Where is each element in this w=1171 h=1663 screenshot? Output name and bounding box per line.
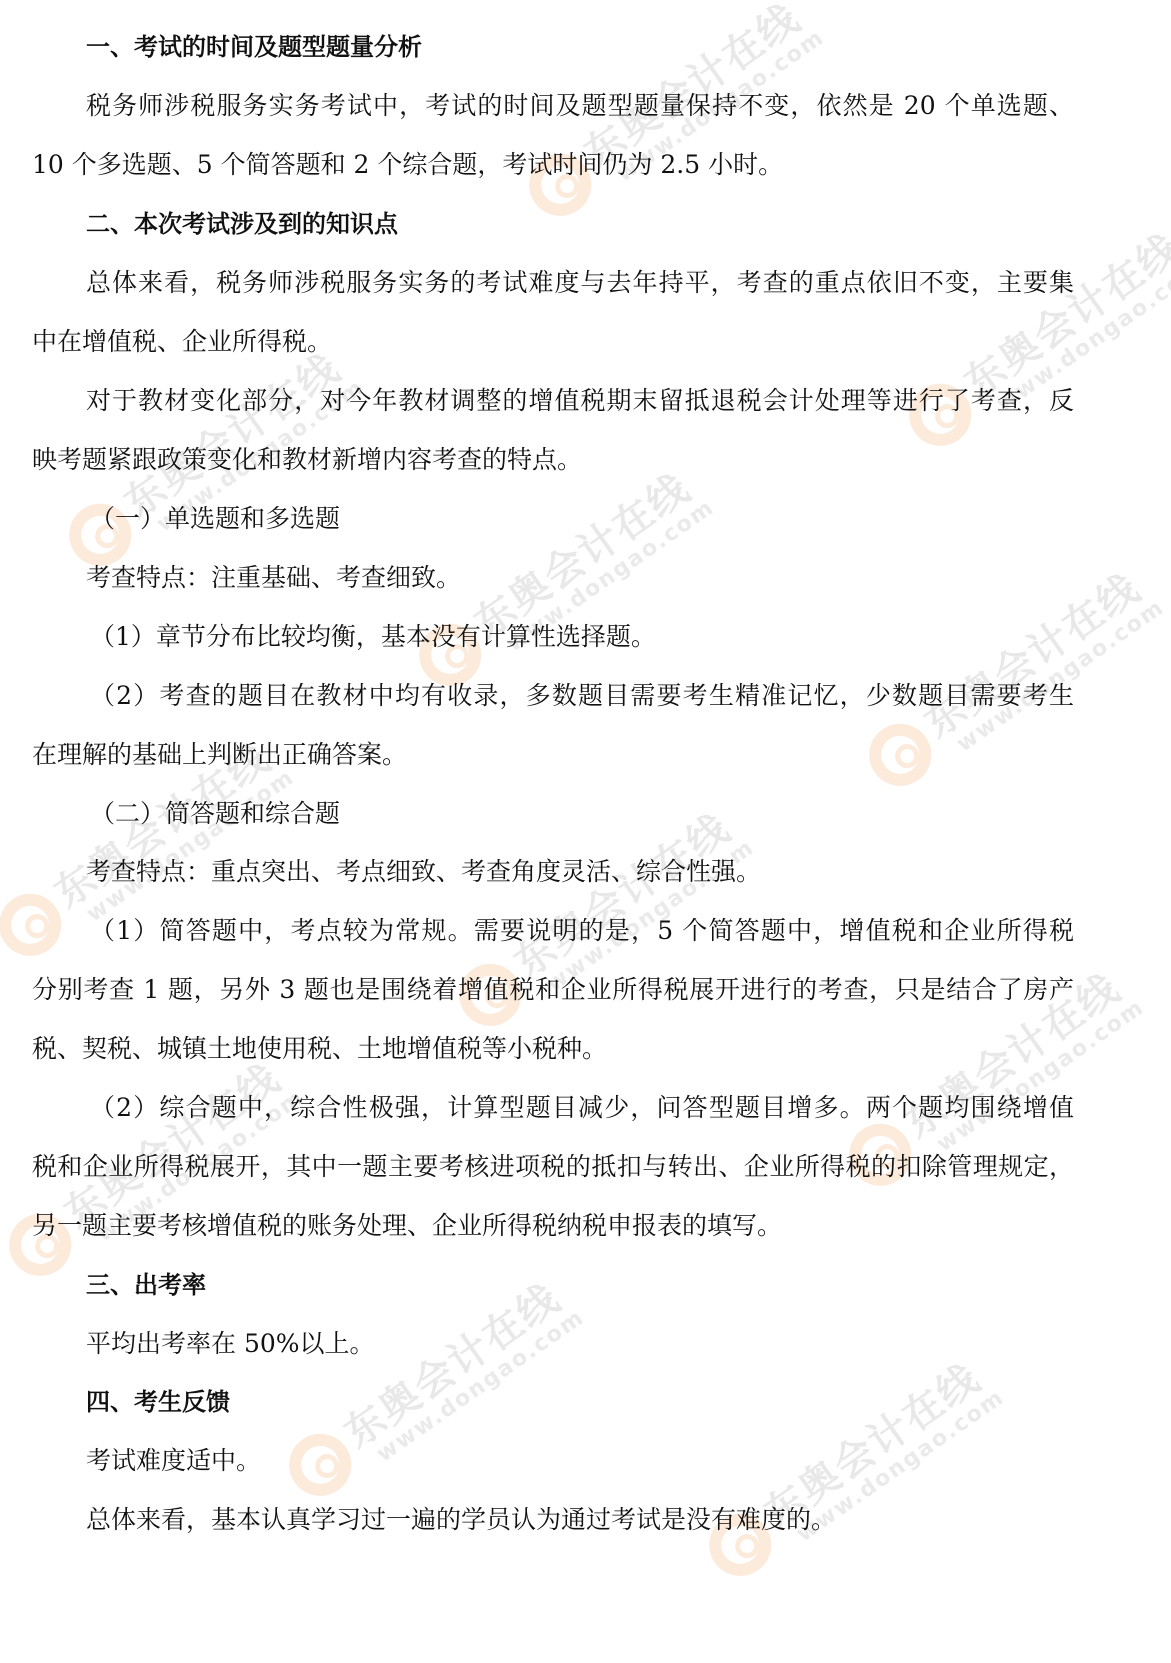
subsection-heading: （一）单选题和多选题 [90, 504, 340, 534]
watermark-brand: 东奥会计在线 [501, 798, 740, 989]
list-item: （2）综合题中，综合性极强，计算型题目减少，问答型题目增多。两个题均围绕增值 [90, 1093, 1074, 1123]
paragraph-line: 考查特点：重点突出、考点细致、考查角度灵活、综合性强。 [86, 857, 761, 887]
section-heading: 四、考生反馈 [86, 1387, 230, 1417]
paragraph-line: 另一题主要考核增值税的账务处理、企业所得税纳税申报表的填写。 [32, 1211, 782, 1241]
watermark-url: www.dongao.com [372, 1305, 589, 1467]
section-heading: 三、出考率 [86, 1270, 206, 1300]
watermark-url: www.dongao.com [932, 995, 1149, 1157]
paragraph-line: 分别考查 1 题，另外 3 题也是围绕着增值税和企业所得税展开进行的考查，只是结… [32, 975, 1074, 1005]
watermark-url: www.dongao.com [952, 595, 1169, 757]
paragraph-line: 总体来看，基本认真学习过一遍的学员认为通过考试是没有难度的。 [86, 1505, 836, 1535]
watermark-brand: 东奥会计在线 [111, 338, 350, 529]
watermark-url: www.dongao.com [82, 765, 299, 927]
watermark-logo-icon [0, 882, 73, 968]
watermark-brand: 东奥会计在线 [331, 1268, 570, 1459]
watermark-brand: 东奥会计在线 [911, 558, 1150, 749]
paragraph-line: 中在增值税、企业所得税。 [32, 327, 332, 357]
watermark: 东奥会计在线 www.dongao.com [686, 1349, 1001, 1619]
paragraph-line: 税务师涉税服务实务考试中，考试的时间及题型题量保持不变，依然是 20 个单选题、 [86, 91, 1074, 121]
section-heading: 二、本次考试涉及到的知识点 [86, 209, 398, 239]
watermark: 东奥会计在线 www.dongao.com [506, 0, 821, 259]
paragraph-line: 税、契税、城镇土地使用税、土地增值税等小税种。 [32, 1034, 607, 1064]
paragraph-line: 10 个多选题、5 个简答题和 2 个综合题，考试时间仍为 2.5 小时。 [32, 150, 783, 180]
paragraph-line: 在理解的基础上判断出正确答案。 [32, 740, 407, 770]
paragraph-line: 映考题紧跟政策变化和教材新增内容考查的特点。 [32, 445, 582, 475]
paragraph-line: 总体来看，税务师涉税服务实务的考试难度与去年持平，考查的重点依旧不变，主要集 [86, 268, 1074, 298]
watermark-brand: 东奥会计在线 [951, 218, 1171, 409]
watermark: 东奥会计在线 www.dongao.com [266, 1269, 581, 1539]
paragraph-line: 税和企业所得税展开，其中一题主要考核进项税的抵扣与转出、企业所得税的扣除管理规定… [32, 1152, 1074, 1182]
watermark: 东奥会计在线 www.dongao.com [886, 219, 1171, 489]
list-item: （1）简答题中，考点较为常规。需要说明的是，5 个简答题中，增值税和企业所得税 [90, 916, 1074, 946]
paragraph-line: 考查特点：注重基础、考查细致。 [86, 563, 461, 593]
list-item: （1）章节分布比较均衡，基本没有计算性选择题。 [90, 622, 656, 652]
list-item: （2）考查的题目在教材中均有收录，多数题目需要考生精准记忆，少数题目需要考生 [90, 681, 1074, 711]
subsection-heading: （二）简答题和综合题 [90, 799, 340, 829]
paragraph-line: 对于教材变化部分，对今年教材调整的增值税期末留抵退税会计处理等进行了考查，反 [86, 386, 1074, 416]
watermark-logo-icon [857, 712, 943, 798]
section-heading: 一、考试的时间及题型题量分析 [86, 32, 422, 62]
paragraph-line: 考试难度适中。 [86, 1446, 261, 1476]
watermark-brand: 东奥会计在线 [461, 458, 700, 649]
watermark-logo-icon [277, 1422, 363, 1508]
paragraph-line: 平均出考率在 50%以上。 [86, 1329, 375, 1359]
